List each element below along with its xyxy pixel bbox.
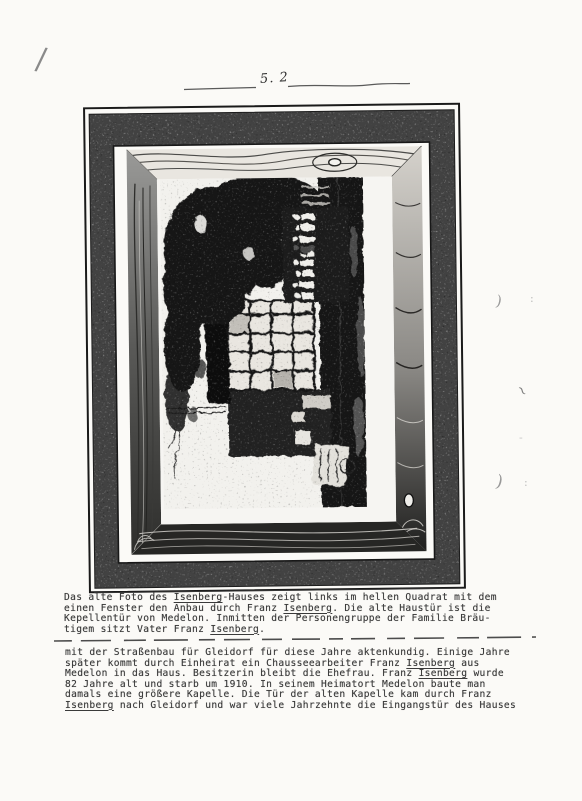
photo-isenberg-house xyxy=(160,173,367,509)
photo-tree-canopy xyxy=(162,173,328,431)
body-paragraph: mit der Straßenbau für Gleidorf für dies… xyxy=(65,648,516,711)
photo-house-timber-gable xyxy=(227,300,314,391)
photo-cart xyxy=(312,444,357,488)
scanned-document-page: { "page": { "number_label": "5. 2" }, "c… xyxy=(0,0,582,801)
header-rule-right xyxy=(288,84,410,87)
margin-mark: : xyxy=(524,476,528,489)
photo-ground xyxy=(318,177,367,508)
photo-house-wall xyxy=(229,389,332,456)
photo-house-roof xyxy=(203,289,230,405)
margin-mark: ) xyxy=(494,292,503,311)
handwritten-slash-mark: / xyxy=(34,41,49,77)
framed-photo-isenberg-house xyxy=(82,102,468,596)
margin-mark: ~ xyxy=(512,382,532,401)
margin-mark: - xyxy=(519,431,523,444)
text-line: tigem sitzt Vater Franz Isenberg. xyxy=(64,625,497,636)
text-line: Isenberg nach Gleidorf und war viele Jah… xyxy=(65,701,516,712)
header-rules xyxy=(178,76,428,96)
photo-people-group xyxy=(282,187,349,303)
frame-wood-band xyxy=(127,146,427,555)
margin-mark: ) xyxy=(494,471,505,492)
margin-mark: : xyxy=(530,292,534,305)
header-rule-left xyxy=(184,88,256,90)
photo-caption: Das alte Foto des Isenberg-Hauses zeigt … xyxy=(64,593,497,635)
page-number: 5. 2 xyxy=(260,70,290,87)
photo-mat xyxy=(157,177,396,525)
frame-outer-border xyxy=(84,104,465,594)
frame-dark-band xyxy=(89,110,460,588)
